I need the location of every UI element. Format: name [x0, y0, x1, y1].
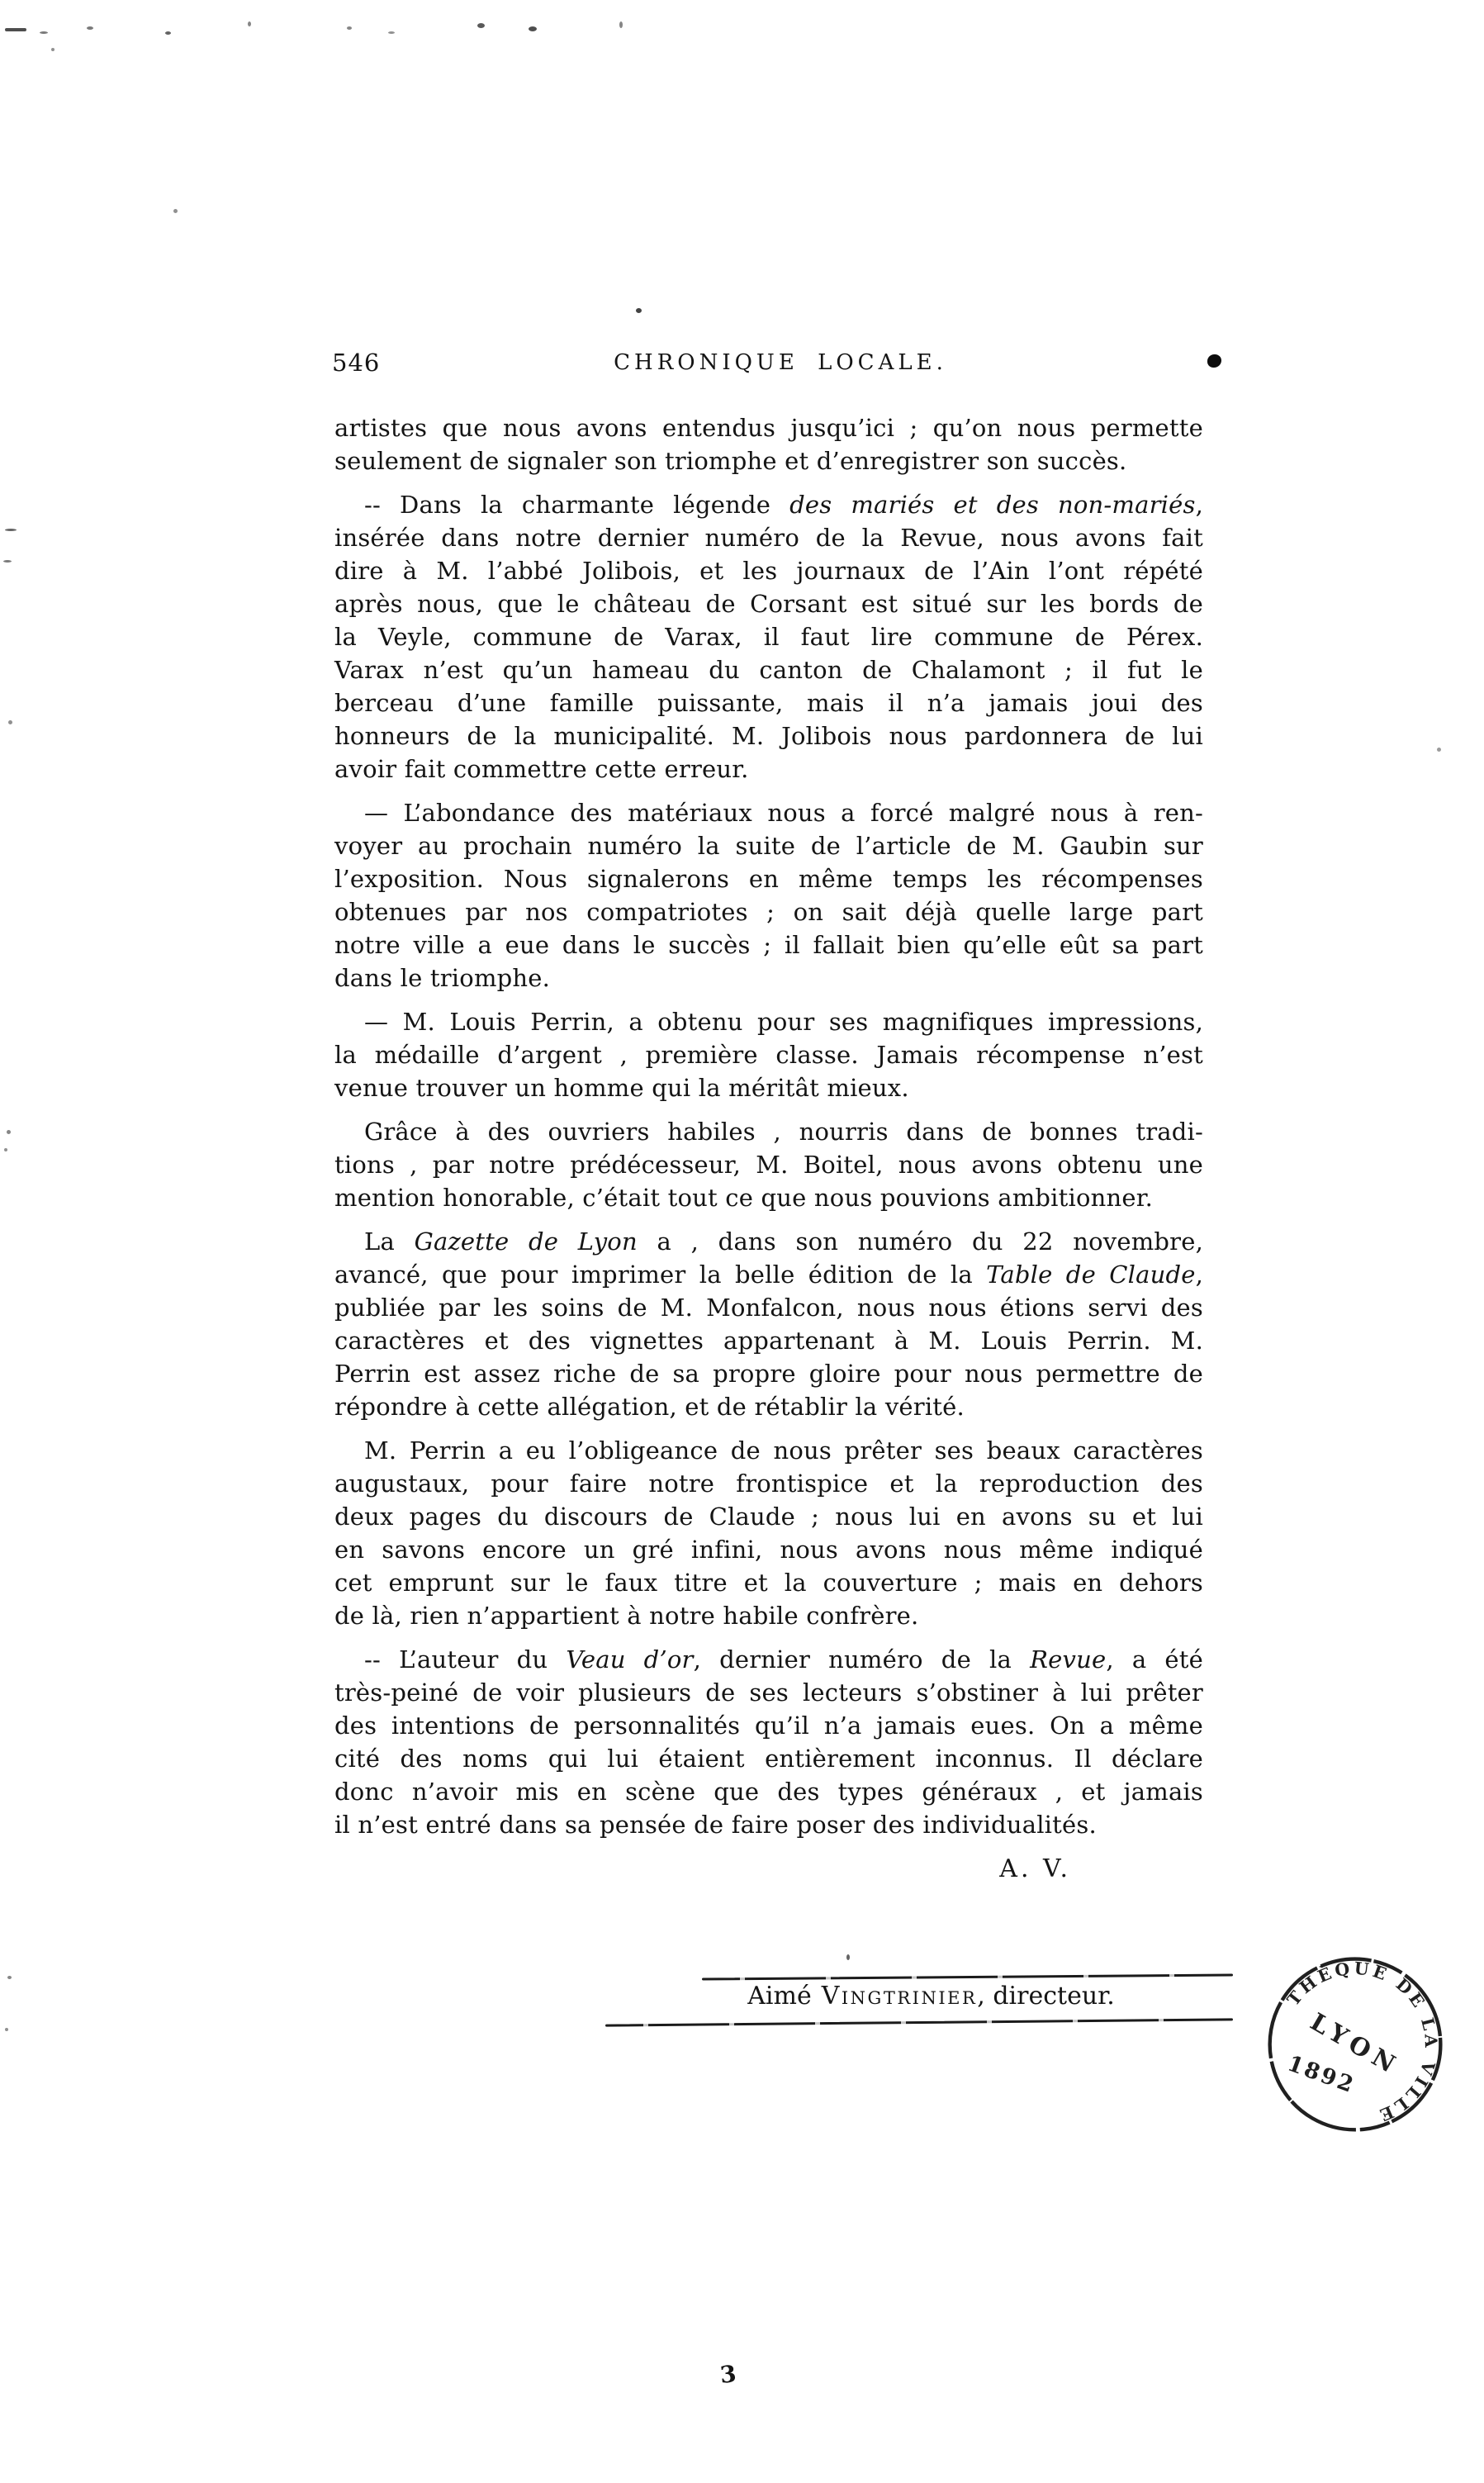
ink-speck [846, 1954, 850, 1960]
paragraph: artistes que nous avons entendus jusqu’i… [334, 411, 1203, 477]
text-line: la médaille d’argent , première classe. … [334, 1038, 1203, 1071]
text-line: notre ville a eue dans le succès ; il fa… [334, 928, 1203, 961]
text-line: obtenues par nos compatriotes ; on sait … [334, 895, 1203, 928]
text-line: voyer au prochain numéro la suite de l’a… [334, 829, 1203, 862]
ink-speck [87, 26, 93, 30]
text-line: répondre à cette allégation, et de rétab… [334, 1390, 1203, 1423]
text-column: artistes que nous avons entendus jusqu’i… [334, 411, 1203, 1886]
text-line: — L’abondance des matériaux nous a forcé… [334, 796, 1203, 829]
ink-speck [347, 26, 352, 30]
ink-speck [5, 28, 26, 31]
text-line: donc n’avoir mis en scène que des types … [334, 1775, 1203, 1808]
text-line: des intentions de personnalités qu’il n’… [334, 1709, 1203, 1742]
ink-speck [619, 21, 623, 28]
text-line: Varax n’est qu’un hameau du canton de Ch… [334, 653, 1203, 686]
text-line: l’exposition. Nous signalerons en même t… [334, 862, 1203, 895]
gathering-mark: 3 [718, 2360, 737, 2389]
text-line: honneurs de la municipalité. M. Jolibois… [334, 719, 1203, 752]
text-line: publiée par les soins de M. Monfalcon, n… [334, 1291, 1203, 1324]
text-line: très-peiné de voir plusieurs de ses lect… [334, 1676, 1203, 1709]
running-head: 546 CHRONIQUE LOCALE. [334, 347, 1203, 383]
ink-speck [248, 21, 251, 26]
text-line: avoir fait commettre cette erreur. [334, 752, 1203, 786]
ink-speck [388, 31, 395, 34]
text-line: — M. Louis Perrin, a obtenu pour ses mag… [334, 1005, 1203, 1038]
text-line: Perrin est assez riche de sa propre gloi… [334, 1357, 1203, 1390]
paragraph: Grâce à des ouvriers habiles , nourris d… [334, 1115, 1203, 1214]
text-line: Grâce à des ouvriers habiles , nourris d… [334, 1115, 1203, 1148]
ink-speck [7, 1976, 12, 1979]
ink-speck [40, 31, 48, 34]
text-line: deux pages du discours de Claude ; nous … [334, 1500, 1203, 1533]
text-line: seulement de signaler son triomphe et d’… [334, 444, 1203, 477]
ink-speck [636, 308, 642, 313]
text-line: dans le triomphe. [334, 961, 1203, 995]
stamp-year: 1892 [1284, 2050, 1358, 2098]
text-line: insérée dans notre dernier numéro de la … [334, 521, 1203, 554]
scanned-book-page: 546 CHRONIQUE LOCALE. artistes que nous … [0, 0, 1484, 2483]
ink-speck [4, 1148, 7, 1151]
ink-speck [5, 2028, 8, 2031]
paragraph: -- Dans la charmante légende des mariés … [334, 488, 1203, 786]
text-line: M. Perrin a eu l’obligeance de nous prêt… [334, 1434, 1203, 1467]
text-line: caractères et des vignettes appartenant … [334, 1324, 1203, 1357]
paragraph: -- L’auteur du Veau d’or, dernier numéro… [334, 1643, 1203, 1841]
ink-speck [477, 23, 485, 28]
imprint-first-name: Aimé [747, 1982, 811, 2011]
ink-speck [7, 1130, 11, 1134]
ink-speck [529, 26, 537, 31]
text-line: la Veyle, commune de Varax, il faut lire… [334, 620, 1203, 653]
text-line: tions , par notre prédécesseur, M. Boite… [334, 1148, 1203, 1181]
text-line: avancé, que pour imprimer la belle éditi… [334, 1258, 1203, 1291]
paragraph: La Gazette de Lyon a , dans son numéro d… [334, 1225, 1203, 1423]
text-line: artistes que nous avons entendus jusqu’i… [334, 411, 1203, 444]
text-line: en savons encore un gré infini, nous avo… [334, 1533, 1203, 1566]
text-line: berceau d’une famille puissante, mais il… [334, 686, 1203, 719]
ink-speck [173, 209, 178, 213]
ink-speck [5, 529, 17, 531]
paragraph: — M. Louis Perrin, a obtenu pour ses mag… [334, 1005, 1203, 1104]
text-line: La Gazette de Lyon a , dans son numéro d… [334, 1225, 1203, 1258]
author-initials: A. V. [334, 1853, 1203, 1886]
text-line: cet emprunt sur le faux titre et la couv… [334, 1566, 1203, 1599]
text-line: augustaux, pour faire notre frontispice … [334, 1467, 1203, 1500]
paragraph: M. Perrin a eu l’obligeance de nous prêt… [334, 1434, 1203, 1632]
imprint-line: AiméVingtrinier, directeur. [706, 1982, 1156, 2011]
ink-speck [165, 31, 171, 35]
library-stamp: BIBLIOTHÈQUE DE LA VILLE LYON 1892 [1259, 1948, 1452, 2141]
running-title: CHRONIQUE LOCALE. [334, 350, 1203, 375]
paragraph: — L’abondance des matériaux nous a forcé… [334, 796, 1203, 995]
text-line: mention honorable, c’était tout ce que n… [334, 1181, 1203, 1214]
paragraph-block: artistes que nous avons entendus jusqu’i… [334, 411, 1203, 1841]
ink-speck [3, 560, 12, 563]
ink-blot [1207, 354, 1221, 368]
text-line: après nous, que le château de Corsant es… [334, 587, 1203, 620]
imprint-rule-top [702, 1973, 1233, 1980]
text-line: il n’est entré dans sa pensée de faire p… [334, 1808, 1203, 1841]
ink-speck [1437, 748, 1441, 752]
text-line: de là, rien n’appartient à notre habile … [334, 1599, 1203, 1632]
imprint-rule-bottom [605, 2018, 1233, 2026]
text-line: -- L’auteur du Veau d’or, dernier numéro… [334, 1643, 1203, 1676]
ink-speck [8, 720, 12, 724]
text-line: venue trouver un homme qui la méritât mi… [334, 1071, 1203, 1104]
text-line: dire à M. l’abbé Jolibois, et les journa… [334, 554, 1203, 587]
imprint-surname: Vingtrinier [822, 1982, 978, 2011]
ink-speck [51, 48, 55, 51]
text-line: cité des noms qui lui étaient entièremen… [334, 1742, 1203, 1775]
text-line: -- Dans la charmante légende des mariés … [334, 488, 1203, 521]
imprint-role: , directeur. [977, 1982, 1114, 2011]
